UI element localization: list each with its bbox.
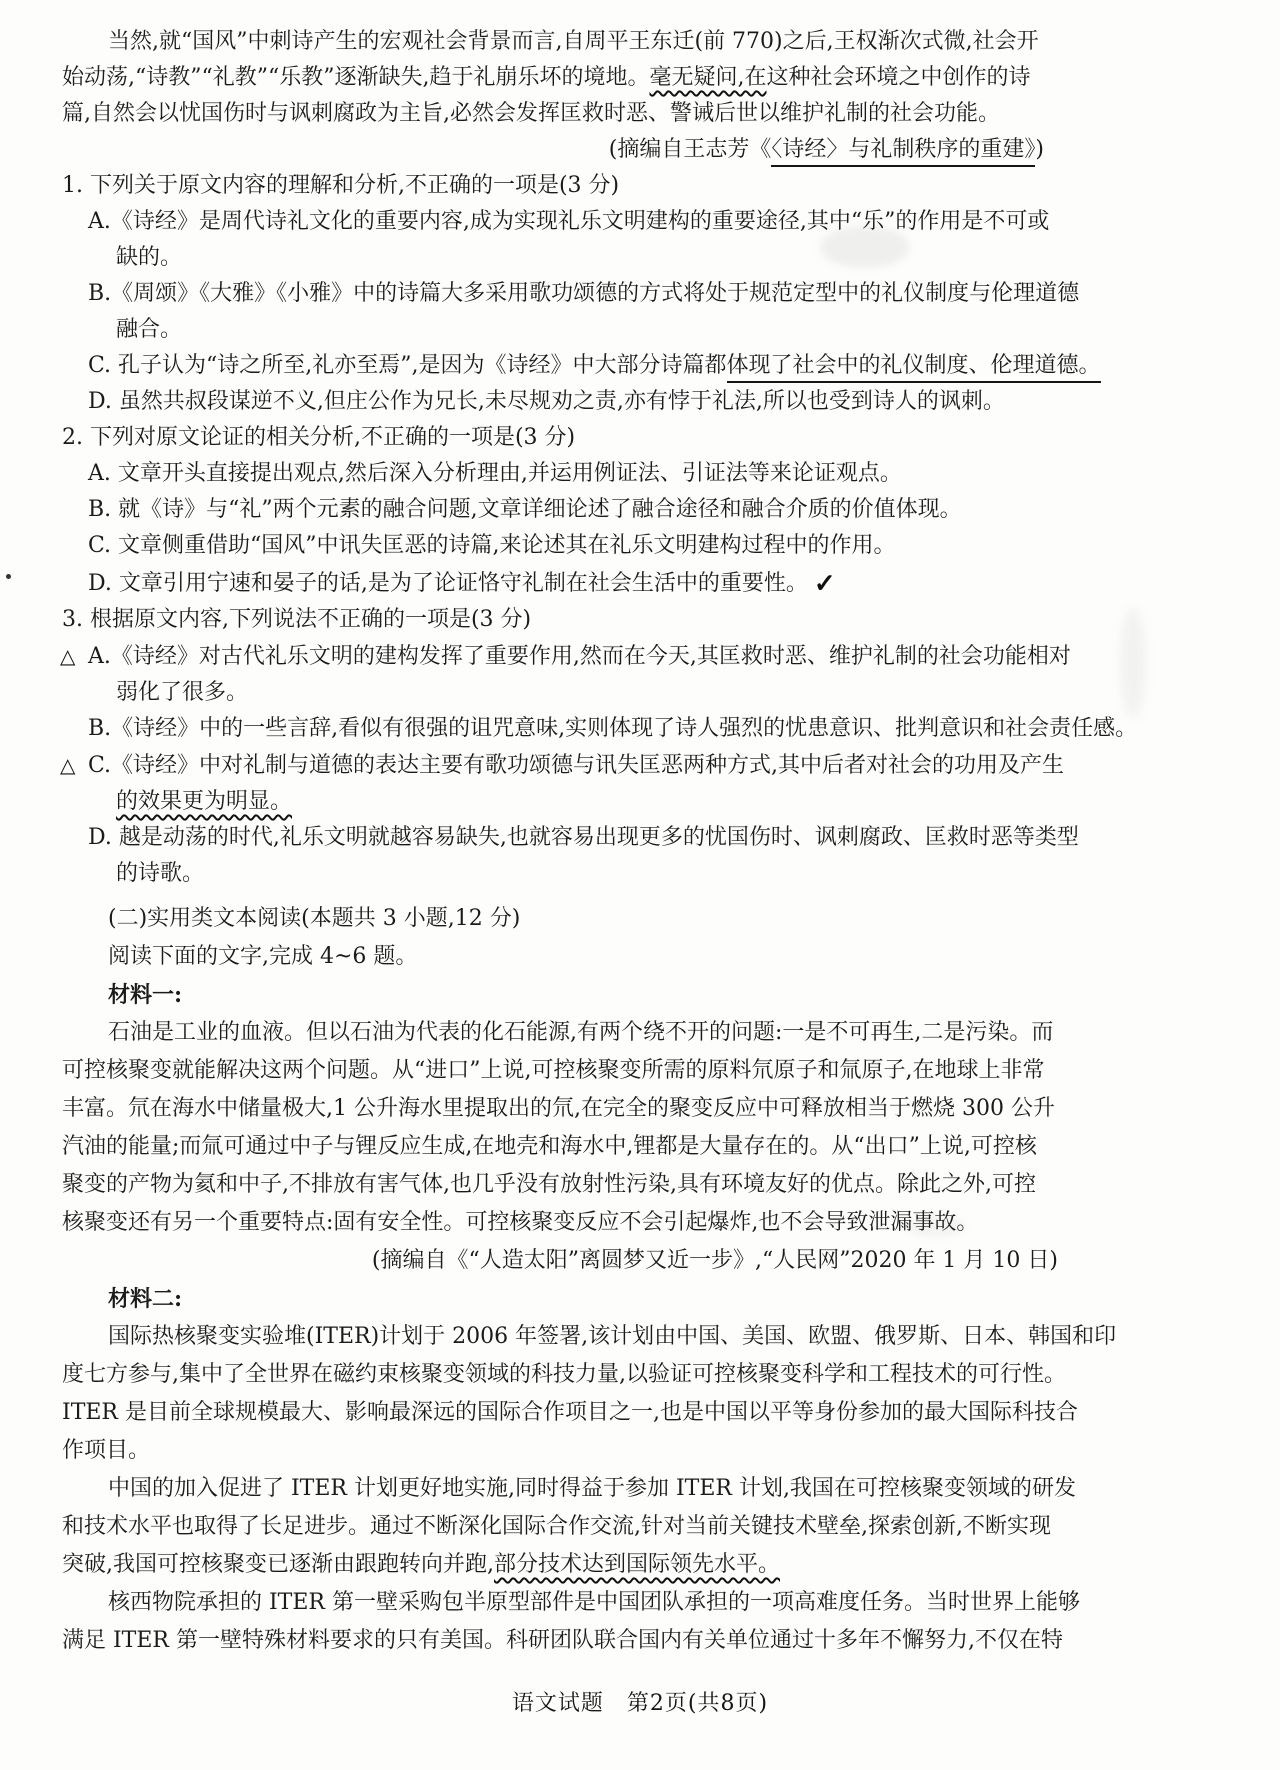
text-line: 丰富。氘在海水中储量极大,1 公升海水里提取出的氘,在完全的聚变反应中可释放相当… [62, 1090, 1144, 1128]
text-run: 3. 根据原文内容,下列说法不正确的一项是(3 分) [62, 607, 531, 632]
text-run: B. 就《诗》与“礼”两个元素的融合问题,文章详细论述了融合途径和融合介质的价值… [88, 497, 962, 522]
text-line: 度七方参与,集中了全世界在磁约束核聚变领域的科技力量,以验证可控核聚变科学和工程… [62, 1356, 1144, 1394]
text-run: B.《周颂》《大雅》《小雅》中的诗篇大多采用歌功颂德的方式将处于规范定型中的礼仪… [88, 281, 1079, 306]
text-run: 和技术水平也取得了长足进步。通过不断深化国际合作交流,针对当前关键技术壁垒,探索… [62, 1514, 1051, 1539]
text-run: 当然,就“国风”中刺诗产生的宏观社会背景而言,自周平王东迁(前 770)之后,王… [108, 29, 1039, 54]
text-run: 这种社会环境之中创作的诗 [766, 65, 1030, 90]
text-line: B.《诗经》中的一些言辞,看似有很强的诅咒意味,实则体现了诗人强烈的忧患意识、批… [88, 711, 1144, 747]
document-lines: 当然,就“国风”中刺诗产生的宏观社会背景而言,自周平王东迁(前 770)之后,王… [62, 24, 1144, 1660]
text-line: △A.《诗经》对古代礼乐文明的建构发挥了重要作用,然而在今天,其匡救时恶、维护礼… [88, 638, 1144, 675]
text-line: 国际热核聚变实验堆(ITER)计划于 2006 年签署,该计划由中国、美国、欧盟… [62, 1318, 1144, 1356]
text-line: 3. 根据原文内容,下列说法不正确的一项是(3 分) [62, 602, 1144, 638]
text-run: C.《诗经》中对礼制与道德的表达主要有歌功颂德与讯失匡恶两种方式,其中后者对社会… [88, 753, 1064, 778]
text-line: 阅读下面的文字,完成 4~6 题。 [62, 938, 1144, 976]
text-run: 汽油的能量;而氚可通过中子与锂反应生成,在地壳和海水中,锂都是大量存在的。从“出… [62, 1134, 1037, 1159]
text-line: (摘编自王志芳《〈诗经〉与礼制秩序的重建》) [62, 132, 1144, 168]
text-run: (摘编自王志芳《 [609, 137, 772, 162]
text-line: B. 就《诗》与“礼”两个元素的融合问题,文章详细论述了融合途径和融合介质的价值… [88, 492, 1144, 528]
text-run: 突破,我国可控核聚变已逐渐由跟跑转向并跑, [62, 1552, 494, 1577]
text-run: A.《诗经》是周代诗礼文化的重要内容,成为实现礼乐文明建构的重要途径,其中“乐”… [88, 209, 1049, 234]
text-line: (摘编自《“人造太阳”离圆梦又近一步》,“人民网”2020 年 1 月 10 日… [62, 1242, 1144, 1280]
page-footer: 语文试题 第2页(共8页) [0, 1686, 1280, 1717]
underlined-text: 毫无疑问,在 [649, 65, 766, 90]
text-line: 缺的。 [116, 240, 1144, 276]
text-run: D. 越是动荡的时代,礼乐文明就越容易缺失,也就容易出现更多的忧国伤时、讽刺腐政… [88, 825, 1079, 850]
text-run: 的诗歌。 [116, 861, 204, 886]
triangle-annotation: △ [60, 747, 88, 783]
text-line: D. 虽然共叔段谋逆不义,但庄公作为兄长,未尽规劝之责,亦有悖于礼法,所以也受到… [88, 384, 1144, 420]
text-line: 始动荡,“诗教”“礼教”“乐教”逐渐缺失,趋于礼崩乐坏的境地。毫无疑问,在这种社… [62, 60, 1144, 96]
text-run: ) [1035, 137, 1044, 162]
text-run: 度七方参与,集中了全世界在磁约束核聚变领域的科技力量,以验证可控核聚变科学和工程… [62, 1362, 1066, 1387]
text-run: 作项目。 [62, 1438, 150, 1463]
text-line: 作项目。 [62, 1432, 1144, 1470]
underlined-text: 〈诗经〉与礼制秩序的重建》 [771, 137, 1035, 167]
text-line: C. 孔子认为“诗之所至,礼亦至焉”,是因为《诗经》中大部分诗篇都体现了社会中的… [88, 348, 1144, 384]
checkmark-annotation: ✓ [814, 566, 836, 602]
text-run: (摘编自《“人造太阳”离圆梦又近一步》,“人民网”2020 年 1 月 10 日… [372, 1248, 1058, 1273]
text-run: 国际热核聚变实验堆(ITER)计划于 2006 年签署,该计划由中国、美国、欧盟… [108, 1324, 1116, 1349]
text-line: △C.《诗经》中对礼制与道德的表达主要有歌功颂德与讯失匡恶两种方式,其中后者对社… [88, 747, 1144, 784]
text-run: D. 文章引用宁速和晏子的话,是为了论证恪守礼制在社会生活中的重要性。 [88, 571, 808, 596]
text-line: A. 文章开头直接提出观点,然后深入分析理由,并运用例证法、引证法等来论证观点。 [88, 456, 1144, 492]
text-run: 1. 下列关于原文内容的理解和分析,不正确的一项是(3 分) [62, 173, 619, 198]
text-line: 弱化了很多。 [116, 675, 1144, 711]
text-run: 可控核聚变就能解决这两个问题。从“进口”上说,可控核聚变所需的原料氘原子和氚原子… [62, 1058, 1044, 1083]
text-run: 弱化了很多。 [116, 680, 248, 705]
text-line: 可控核聚变就能解决这两个问题。从“进口”上说,可控核聚变所需的原料氘原子和氚原子… [62, 1052, 1144, 1090]
underlined-text: 部分技术达到国际领先水平。 [494, 1552, 780, 1577]
text-run: C. 孔子认为“诗之所至,礼亦至焉”,是因为《诗经》中大部分诗篇都 [88, 353, 727, 378]
text-run: 核聚变还有另一个重要特点:固有安全性。可控核聚变反应不会引起爆炸,也不会导致泄漏… [62, 1210, 978, 1235]
text-run: D. 虽然共叔段谋逆不义,但庄公作为兄长,未尽规劝之责,亦有悖于礼法,所以也受到… [88, 389, 1005, 414]
text-line: 材料二: [62, 1280, 1144, 1318]
underlined-text: 体现了社会中的礼仪制度、伦理道德。 [727, 353, 1101, 383]
text-run: 2. 下列对原文论证的相关分析,不正确的一项是(3 分) [62, 425, 575, 450]
text-run: A. 文章开头直接提出观点,然后深入分析理由,并运用例证法、引证法等来论证观点。 [88, 461, 902, 486]
text-line: 当然,就“国风”中刺诗产生的宏观社会背景而言,自周平王东迁(前 770)之后,王… [62, 24, 1144, 60]
text-run: 材料二: [108, 1286, 182, 1312]
text-line: (二)实用类文本阅读(本题共 3 小题,12 分) [62, 900, 1144, 938]
text-line: 的效果更为明显。 [116, 784, 1144, 820]
text-line: C. 文章侧重借助“国风”中讯失匡恶的诗篇,来论述其在礼乐文明建构过程中的作用。 [88, 528, 1144, 564]
text-run: 缺的。 [116, 245, 182, 270]
text-line: D. 越是动荡的时代,礼乐文明就越容易缺失,也就容易出现更多的忧国伤时、讽刺腐政… [88, 820, 1144, 856]
text-run: 始动荡,“诗教”“礼教”“乐教”逐渐缺失,趋于礼崩乐坏的境地。 [62, 65, 649, 90]
text-run: (二)实用类文本阅读(本题共 3 小题,12 分) [108, 906, 520, 931]
text-line: 石油是工业的血液。但以石油为代表的化石能源,有两个绕不开的问题:一是不可再生,二… [62, 1014, 1144, 1052]
text-run: 石油是工业的血液。但以石油为代表的化石能源,有两个绕不开的问题:一是不可再生,二… [108, 1020, 1053, 1045]
scan-artifact [6, 574, 11, 579]
text-run: 中国的加入促进了 ITER 计划更好地实施,同时得益于参加 ITER 计划,我国… [108, 1476, 1076, 1501]
text-line: 聚变的产物为氦和中子,不排放有害气体,也几乎没有放射性污染,具有环境友好的优点。… [62, 1166, 1144, 1204]
text-line: 融合。 [116, 312, 1144, 348]
text-line: B.《周颂》《大雅》《小雅》中的诗篇大多采用歌功颂德的方式将处于规范定型中的礼仪… [88, 276, 1144, 312]
text-run: ITER 是目前全球规模最大、影响最深远的国际合作项目之一,也是中国以平等身份参… [62, 1400, 1078, 1425]
text-line: 篇,自然会以忧国伤时与讽刺腐政为主旨,必然会发挥匡救时恶、警诫后世以维护礼制的社… [62, 96, 1144, 132]
text-line: 中国的加入促进了 ITER 计划更好地实施,同时得益于参加 ITER 计划,我国… [62, 1470, 1144, 1508]
text-run: 融合。 [116, 317, 182, 342]
text-run: 篇,自然会以忧国伤时与讽刺腐政为主旨,必然会发挥匡救时恶、警诫后世以维护礼制的社… [62, 101, 1000, 126]
text-line: D. 文章引用宁速和晏子的话,是为了论证恪守礼制在社会生活中的重要性。✓ [88, 564, 1144, 602]
text-run: 聚变的产物为氦和中子,不排放有害气体,也几乎没有放射性污染,具有环境友好的优点。… [62, 1172, 1036, 1197]
text-run: 核西物院承担的 ITER 第一壁采购包半原型部件是中国团队承担的一项高难度任务。… [108, 1590, 1080, 1615]
text-run: 材料一: [108, 982, 182, 1008]
text-run: 满足 ITER 第一壁特殊材料要求的只有美国。科研团队联合国内有关单位通过十多年… [62, 1628, 1063, 1653]
text-line: A.《诗经》是周代诗礼文化的重要内容,成为实现礼乐文明建构的重要途径,其中“乐”… [88, 204, 1144, 240]
text-line: 突破,我国可控核聚变已逐渐由跟跑转向并跑,部分技术达到国际领先水平。 [62, 1546, 1144, 1584]
text-run: 丰富。氘在海水中储量极大,1 公升海水里提取出的氘,在完全的聚变反应中可释放相当… [62, 1096, 1055, 1121]
text-line: 1. 下列关于原文内容的理解和分析,不正确的一项是(3 分) [62, 168, 1144, 204]
exam-paper-page: 当然,就“国风”中刺诗产生的宏观社会背景而言,自周平王东迁(前 770)之后,王… [0, 0, 1280, 1770]
triangle-annotation: △ [60, 638, 88, 674]
text-run: B.《诗经》中的一些言辞,看似有很强的诅咒意味,实则体现了诗人强烈的忧患意识、批… [88, 716, 1137, 741]
text-line: 2. 下列对原文论证的相关分析,不正确的一项是(3 分) [62, 420, 1144, 456]
text-line: ITER 是目前全球规模最大、影响最深远的国际合作项目之一,也是中国以平等身份参… [62, 1394, 1144, 1432]
text-line: 核西物院承担的 ITER 第一壁采购包半原型部件是中国团队承担的一项高难度任务。… [62, 1584, 1144, 1622]
underlined-text: 的效果更为明显。 [116, 789, 292, 814]
text-line: 材料一: [62, 976, 1144, 1014]
text-run: A.《诗经》对古代礼乐文明的建构发挥了重要作用,然而在今天,其匡救时恶、维护礼制… [88, 644, 1071, 669]
text-line: 汽油的能量;而氚可通过中子与锂反应生成,在地壳和海水中,锂都是大量存在的。从“出… [62, 1128, 1144, 1166]
text-line: 满足 ITER 第一壁特殊材料要求的只有美国。科研团队联合国内有关单位通过十多年… [62, 1622, 1144, 1660]
text-run: C. 文章侧重借助“国风”中讯失匡恶的诗篇,来论述其在礼乐文明建构过程中的作用。 [88, 533, 896, 558]
text-line: 的诗歌。 [116, 856, 1144, 892]
text-line: 和技术水平也取得了长足进步。通过不断深化国际合作交流,针对当前关键技术壁垒,探索… [62, 1508, 1144, 1546]
text-line: 核聚变还有另一个重要特点:固有安全性。可控核聚变反应不会引起爆炸,也不会导致泄漏… [62, 1204, 1144, 1242]
text-run: 阅读下面的文字,完成 4~6 题。 [108, 944, 417, 969]
